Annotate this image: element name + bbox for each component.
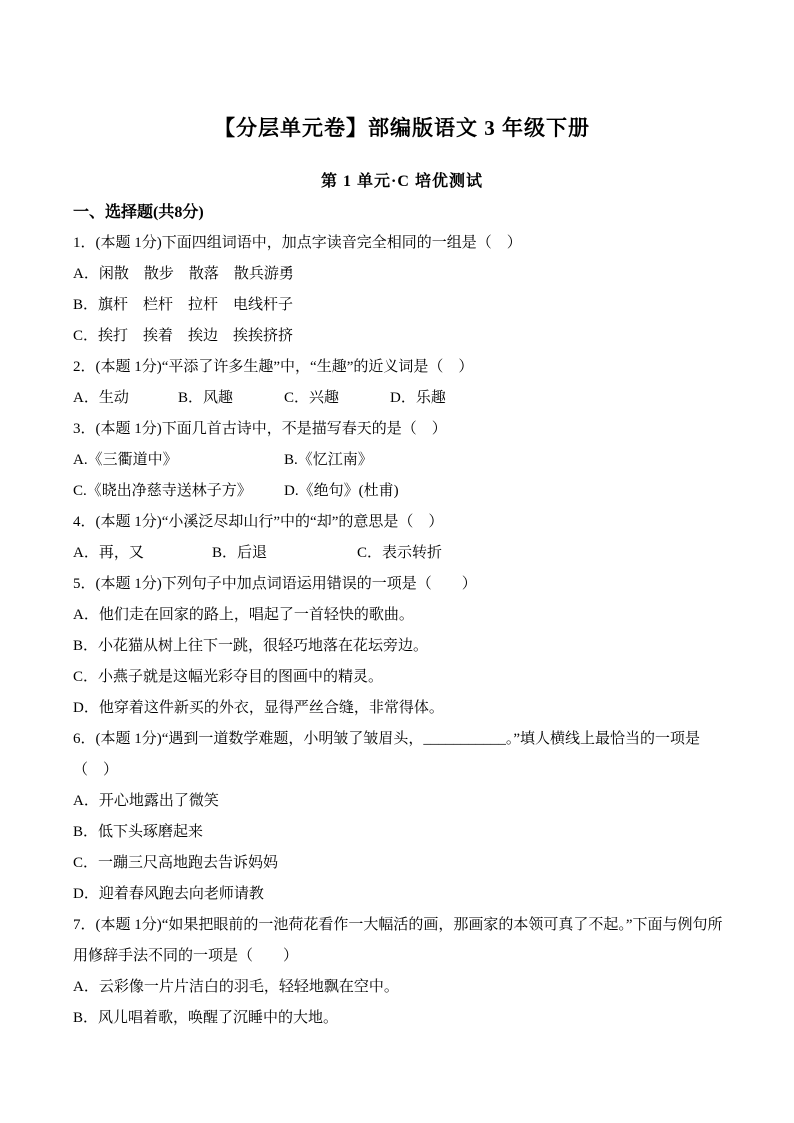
document-page: 【分层单元卷】部编版语文 3 年级下册 第 1 单元·C 培优测试 一、选择题(… [0,0,794,1123]
question-4-stem: 4．(本题 1分)“小溪泛尽却山行”中的“却”的意思是（ ） [73,507,731,538]
question-5-option-a: A．他们走在回家的路上，唱起了一首轻快的歌曲。 [73,600,731,631]
question-7-option-b: B．风儿唱着歌，唤醒了沉睡中的大地。 [73,1003,731,1034]
question-2-stem: 2．(本题 1分)“平添了许多生趣”中，“生趣”的近义词是（ ） [73,352,731,383]
question-2-option-d: D．乐趣 [390,383,446,414]
question-3-option-a: A.《三衢道中》 [73,445,284,476]
question-5-stem: 5．(本题 1分)下列句子中加点词语运用错误的一项是（ ） [73,569,731,600]
question-7: 7．(本题 1分)“如果把眼前的一池荷花看作一大幅活的画，那画家的本领可真了不起… [73,910,731,1034]
question-5-option-c: C．小燕子就是这幅光彩夺目的图画中的精灵。 [73,662,731,693]
question-4-options: A．再，又 B．后退 C．表示转折 [73,538,731,569]
question-7-option-a: A．云彩像一片片洁白的羽毛，轻轻地飘在空中。 [73,972,731,1003]
question-1: 1．(本题 1分)下面四组词语中，加点字读音完全相同的一组是（ ） A．闲散 散… [73,228,731,352]
question-3-options-row-2: C.《晓出净慈寺送林子方》 D.《绝句》(杜甫) [73,476,731,507]
document-subtitle: 第 1 单元·C 培优测试 [73,172,731,192]
question-2: 2．(本题 1分)“平添了许多生趣”中，“生趣”的近义词是（ ） A．生动 B．… [73,352,731,414]
question-5-option-d: D．他穿着这件新买的外衣，显得严丝合缝，非常得体。 [73,693,731,724]
question-2-option-b: B．风趣 [178,383,284,414]
question-6: 6．(本题 1分)“遇到一道数学难题，小明皱了皱眉头，___________。”… [73,724,731,910]
question-7-stem: 7．(本题 1分)“如果把眼前的一池荷花看作一大幅活的画，那画家的本领可真了不起… [73,910,731,972]
question-5-option-b: B．小花猫从树上往下一跳，很轻巧地落在花坛旁边。 [73,631,731,662]
question-4-option-b: B．后退 [212,538,357,569]
question-3-stem: 3．(本题 1分)下面几首古诗中，不是描写春天的是（ ） [73,414,731,445]
question-3-option-c: C.《晓出净慈寺送林子方》 [73,476,284,507]
section-heading: 一、选择题(共8分) [73,197,731,228]
question-5: 5．(本题 1分)下列句子中加点词语运用错误的一项是（ ） A．他们走在回家的路… [73,569,731,724]
question-3-option-d: D.《绝句》(杜甫) [284,476,399,507]
question-6-option-b: B．低下头琢磨起来 [73,817,731,848]
question-2-option-c: C．兴趣 [284,383,390,414]
question-6-option-c: C．一蹦三尺高地跑去告诉妈妈 [73,848,731,879]
question-3: 3．(本题 1分)下面几首古诗中，不是描写春天的是（ ） A.《三衢道中》 B.… [73,414,731,507]
document-title: 【分层单元卷】部编版语文 3 年级下册 [73,115,731,141]
question-1-option-c: C．挨打 挨着 挨边 挨挨挤挤 [73,321,731,352]
question-4-option-a: A．再，又 [73,538,212,569]
question-4: 4．(本题 1分)“小溪泛尽却山行”中的“却”的意思是（ ） A．再，又 B．后… [73,507,731,569]
question-3-option-b: B.《忆江南》 [284,445,373,476]
question-6-option-d: D．迎着春风跑去向老师请教 [73,879,731,910]
question-1-option-a: A．闲散 散步 散落 散兵游勇 [73,259,731,290]
question-2-options: A．生动 B．风趣 C．兴趣 D．乐趣 [73,383,731,414]
question-1-stem: 1．(本题 1分)下面四组词语中，加点字读音完全相同的一组是（ ） [73,228,731,259]
question-6-stem: 6．(本题 1分)“遇到一道数学难题，小明皱了皱眉头，___________。”… [73,724,731,786]
question-4-option-c: C．表示转折 [357,538,442,569]
question-3-options-row-1: A.《三衢道中》 B.《忆江南》 [73,445,731,476]
question-6-option-a: A．开心地露出了微笑 [73,786,731,817]
question-2-option-a: A．生动 [73,383,178,414]
question-1-option-b: B．旗杆 栏杆 拉杆 电线杆子 [73,290,731,321]
